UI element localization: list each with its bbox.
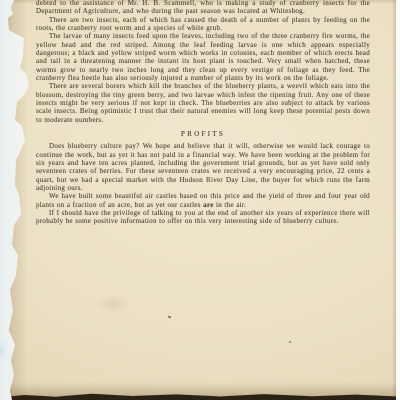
paragraph-air-castles: We have built some beautiful air castles… [36,192,370,209]
scan-background: debted to the assistance of Mr. H. B. Sc… [0,0,400,400]
ink-speck [289,341,291,343]
paragraph-profits-question: Does blueberry culture pay? We hope and … [36,142,370,192]
paragraph-root-insects: There are two insects, each of which has… [36,16,370,33]
paragraph-blueberry-pests: There are several borers which kill the … [36,82,370,124]
page-text-block: debted to the assistance of Mr. H. B. Sc… [36,0,370,226]
paragraph-closing: If I should have the privilege of talkin… [36,209,370,226]
section-heading-profits: PROFITS [36,130,370,138]
air-castles-text-end: in the air. [214,201,247,209]
paper-stain [96,296,130,312]
bottom-edge-shadow [0,382,400,396]
paragraph-continuation: debted to the assistance of Mr. H. B. Sc… [36,0,370,16]
paragraph-leaf-feeding-larvae: The larvae of many insects feed upon the… [36,32,370,82]
emphasized-word: are [203,201,214,209]
right-edge-shadow [392,0,397,400]
backing-paper-curl [0,338,10,364]
ink-speck [168,315,172,318]
document-page: debted to the assistance of Mr. H. B. Sc… [0,0,400,400]
